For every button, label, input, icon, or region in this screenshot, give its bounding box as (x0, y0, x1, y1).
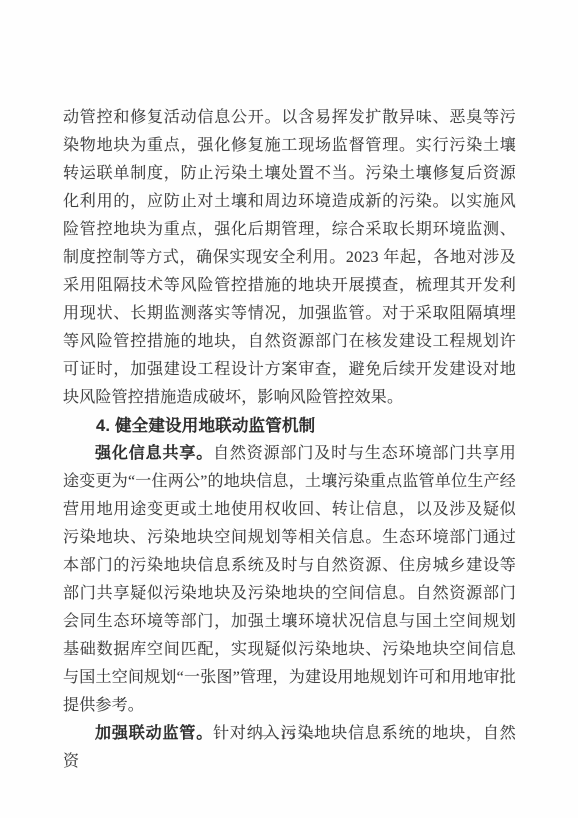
body-paragraph-info-sharing: 强化信息共享。自然资源部门及时与生态环境部门共享用途变更为“一住两公”的地块信息… (63, 440, 516, 720)
page-text-block: 动管控和修复活动信息公开。以含易挥发扩散异味、恶臭等污染物地块为重点，强化修复施… (63, 104, 516, 776)
page-number: — 15 — (0, 727, 578, 743)
paragraph-text-info-sharing: 自然资源部门及时与生态环境部门共享用途变更为“一住两公”的地块信息，土壤污染重点… (63, 445, 516, 714)
body-paragraph-continued: 动管控和修复活动信息公开。以含易挥发扩散异味、恶臭等污染物地块为重点，强化修复施… (63, 104, 516, 412)
document-page: 动管控和修复活动信息公开。以含易挥发扩散异味、恶臭等污染物地块为重点，强化修复施… (0, 0, 578, 818)
section-heading: 4. 健全建设用地联动监管机制 (63, 412, 516, 440)
paragraph-lead-info-sharing: 强化信息共享。 (95, 445, 213, 462)
